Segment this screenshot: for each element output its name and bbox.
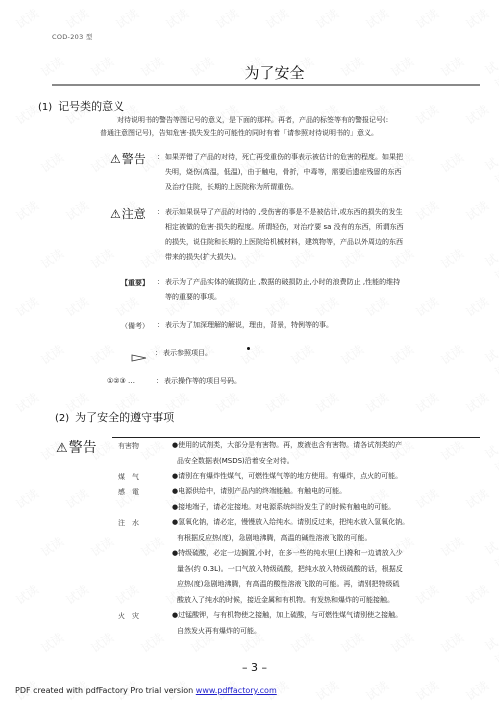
desc-line: 表示如果误导了产品的对待的 ,受伤害的事是不是被估计,或东西的损失的发生: [165, 205, 404, 220]
watermark-text: 试读: [437, 629, 466, 657]
watermark-text: 试读: [462, 197, 491, 225]
watermark-text: 试读: [482, 250, 499, 285]
section-2-title: 为了安全的遵守事项: [75, 411, 174, 424]
watermark-text: 试读: [12, 581, 41, 609]
watermark-text: 试读: [412, 197, 441, 225]
watermark-text: 试读: [312, 5, 341, 33]
item-number-description: 表示操作等的项目号码。: [164, 374, 241, 389]
desc-line: 表示为了产品实体的破损防止 ,数据的破损防止,小时的浪费防止 ,性能的维持: [165, 275, 400, 290]
row-line: ●氢氧化钠，请必定，慢慢放入给纯水。请别反过来，把纯水放入氢氧化钠。: [172, 515, 409, 531]
watermark-text: 试读: [212, 389, 241, 417]
warning-badge-text: 警告: [69, 440, 97, 456]
warning-triangle-icon: ⚠: [56, 441, 68, 456]
watermark-text: 试读: [12, 389, 41, 417]
watermark-text: 试读: [412, 677, 441, 705]
watermark-text: 试读: [12, 197, 41, 225]
section-2-warning-badge: ⚠警告: [56, 437, 97, 457]
watermark-text: 试读: [462, 293, 491, 321]
watermark-text: 试读: [337, 341, 366, 369]
watermark-text: 试读: [137, 437, 166, 465]
watermark-text: 试读: [462, 677, 491, 705]
warning-label-text: 警告: [122, 152, 146, 166]
colon: ：: [157, 150, 164, 165]
watermark-text: 试读: [482, 154, 499, 189]
watermark-text: 试读: [462, 581, 491, 609]
watermark-text: 试读: [462, 485, 491, 513]
section-1-number: (1): [38, 102, 52, 113]
row-line: ●请别在有爆炸性煤气，可燃性煤气等的地方使用。有爆炸，点火的可能。: [172, 469, 402, 485]
watermark-text: 试读: [62, 581, 91, 609]
important-label: 【重要】: [121, 278, 149, 288]
warning-symbol-label: ⚠警告: [110, 150, 146, 167]
caution-triangle-icon: ⚠: [110, 207, 121, 221]
row-line: ●接地端子，请必定接地。对电源系统纠纷发生了的时候有触电的可能。: [172, 500, 395, 516]
row-fire-text: ●过锰酸钾，与有机物使之接触，加上硫酸，与可燃性煤气请别使之接触。 自然发火再有…: [172, 608, 402, 639]
section-2-heading: (2)为了安全的遵守事项: [55, 409, 174, 425]
watermark-text: 试读: [312, 677, 341, 705]
watermark-text: 试读: [387, 341, 416, 369]
watermark-text: 试读: [412, 389, 441, 417]
watermark-text: 试读: [412, 101, 441, 129]
row-key-electric: 感 電: [118, 487, 139, 497]
watermark-text: 试读: [462, 389, 491, 417]
row-line: 自然发火再有爆炸的可能。: [172, 624, 402, 640]
watermark-text: 试读: [437, 341, 466, 369]
watermark-text: 试读: [237, 341, 266, 369]
caution-symbol-label: ⚠注意: [110, 205, 146, 222]
watermark-text: 试读: [262, 389, 291, 417]
reference-arrow-icon: [131, 347, 147, 366]
watermark-text: 试读: [312, 389, 341, 417]
colon: ：: [157, 318, 164, 333]
watermark-text: 试读: [287, 341, 316, 369]
row-line: ●特级硫酸，必定一边搁置,小时，在多一些的纯水里(上)搀和一边请放入少: [172, 546, 409, 562]
watermark-text: 试读: [37, 533, 66, 561]
row-line: 量各(约 0.3L)。一口气放入特级硫酸，把纯水放入特级硫酸的话，根据反: [172, 562, 409, 578]
row-key-water: 注 水: [118, 518, 139, 528]
watermark-text: 试读: [87, 533, 116, 561]
watermark-text: 试读: [137, 533, 166, 561]
row-key-gas: 煤 气: [118, 472, 139, 482]
caution-description: 表示如果误导了产品的对待的 ,受伤害的事是不是被估计,或东西的损失的发生 相定被…: [165, 205, 404, 265]
watermark-text: 试读: [482, 346, 499, 381]
bullet-dot: [247, 347, 250, 350]
warning-description: 如果弄错了产品的对待，死亡再受重伤的事表示被估计的危害的程度。如果把 失明，烧伤…: [165, 150, 403, 195]
row-water-text: ●氢氧化钠，请必定，慢慢放入给纯水。请别反过来，把纯水放入氢氧化钠。 有根据反应…: [172, 515, 409, 608]
row-line: ●使用的试剂类，大部分是有害物。再，废液也含有害物。请各试剂类的产: [172, 438, 402, 454]
watermark-text: 试读: [437, 533, 466, 561]
watermark-text: 试读: [12, 293, 41, 321]
remarks-label: （備考）: [121, 321, 149, 331]
watermark-text: 试读: [62, 197, 91, 225]
section-1-title: 记号类的意义: [58, 100, 124, 113]
watermark-text: 试读: [37, 149, 66, 177]
watermark-text: 试读: [62, 5, 91, 33]
row-line: ●电源供给中，请别产品内的终端能触。有触电的可能。: [172, 484, 395, 500]
row-key-hazardous: 有害物: [118, 441, 139, 451]
remarks-description: 表示为了加深理解的解说，理由，背景，特例等的事。: [165, 318, 333, 333]
desc-line: 等的重要的事项。: [165, 290, 400, 305]
row-line: 有根据反应热(度)，急剧地沸腾，高温的碱性溶液飞散的可能。: [172, 531, 409, 547]
model-label: COD-203 型: [52, 32, 93, 41]
page-number: – 3 –: [0, 661, 499, 674]
section-1-intro-line-2: 普通注意图记号)，告知危害·损失发生的可能性的同时有着「请参照对待说明书的」意义…: [100, 127, 378, 140]
watermark-text: 试读: [112, 5, 141, 33]
watermark-text: 试读: [437, 149, 466, 177]
reference-description: 表示参照项目。: [163, 346, 212, 361]
colon: ：: [156, 374, 163, 389]
watermark-text: 试读: [482, 538, 499, 573]
watermark-text: 试读: [137, 629, 166, 657]
watermark-text: 试读: [412, 485, 441, 513]
watermark-text: 试读: [362, 5, 391, 33]
section-1-intro-line-1: 对待说明书的警告等图记号的意义，是下面的那样。再者，产品的标签等有的警报记号(:: [117, 114, 388, 127]
watermark-text: 试读: [362, 677, 391, 705]
warning-triangle-icon: ⚠: [110, 152, 121, 166]
watermark-text: 试读: [12, 485, 41, 513]
watermark-text: 试读: [12, 5, 41, 33]
watermark-text: 试读: [112, 293, 141, 321]
watermark-text: 试读: [212, 5, 241, 33]
watermark-text: 试读: [87, 245, 116, 273]
watermark-text: 试读: [262, 5, 291, 33]
watermark-text: 试读: [137, 245, 166, 273]
watermark-text: 试读: [412, 581, 441, 609]
watermark-text: 试读: [112, 581, 141, 609]
caution-label-text: 注意: [122, 207, 146, 221]
watermark-text: 试读: [412, 293, 441, 321]
desc-line: 及治疗住院，长期的上医院称为所谓重伤。: [165, 180, 403, 195]
desc-line: 的损失，说住院和长期的上医院给机械材料，建筑物等，产品以外周边的东西: [165, 235, 404, 250]
row-gas-text: ●请别在有爆炸性煤气，可燃性煤气等的地方使用。有爆炸，点火的可能。: [172, 469, 402, 485]
row-line: 品安全数据表(MSDS)沿着安全对待。: [172, 454, 402, 470]
item-number-label: ①②③ …: [107, 377, 135, 385]
row-hazardous-text: ●使用的试剂类，大部分是有害物。再，废液也含有害物。请各试剂类的产 品安全数据表…: [172, 438, 402, 469]
desc-line: 表示为了加深理解的解说，理由，背景，特例等的事。: [165, 318, 333, 333]
colon: ：: [155, 346, 162, 361]
watermark-text: 试读: [482, 442, 499, 477]
watermark-text: 试读: [62, 293, 91, 321]
section-1-heading: (1)记号类的意义: [38, 98, 124, 114]
watermark-text: 试读: [437, 245, 466, 273]
row-line: ●过锰酸钾，与有机物使之接触，加上硫酸，与可燃性煤气请别使之接触。: [172, 608, 402, 624]
watermark-text: 试读: [437, 437, 466, 465]
watermark-text: 试读: [462, 5, 491, 33]
row-line: 应热(度)急剧地沸腾，有高温的酸性溶液飞散的可能。再，请别把特级硫: [172, 577, 409, 593]
watermark-text: 试读: [462, 101, 491, 129]
watermark-text: 试读: [412, 5, 441, 33]
desc-line: 带来的损失(扩大损失)。: [165, 250, 404, 265]
page-title: 为了安全: [0, 62, 499, 83]
watermark-text: 试读: [62, 485, 91, 513]
footer-text: PDF created with pdfFactory Pro trial ve…: [15, 686, 196, 695]
title-divider: [52, 84, 480, 86]
watermark-text: 试读: [37, 245, 66, 273]
pdffactory-link[interactable]: www.pdffactory.com: [196, 686, 277, 695]
row-line: 酸放入了纯水的时候，接近金属和有机物。有发热和爆炸的可能接触。: [172, 593, 409, 609]
desc-line: 失明，烧伤(高温，低温)，由于触电，骨折，中毒等，需要后遗症残留的东西: [165, 165, 403, 180]
watermark-text: 试读: [362, 389, 391, 417]
pdf-footer: PDF created with pdfFactory Pro trial ve…: [15, 686, 277, 695]
row-electric-text: ●电源供给中，请别产品内的终端能触。有触电的可能。 ●接地端子，请必定接地。对电…: [172, 484, 395, 515]
watermark-text: 试读: [162, 5, 191, 33]
watermark-text: 试读: [87, 629, 116, 657]
desc-line: 相定被做的危害·损失的程度。所谓轻伤，对治疗要 sa 没有的东西，所谓东西: [165, 220, 404, 235]
watermark-text: 试读: [37, 341, 66, 369]
colon: ：: [157, 275, 164, 290]
section-2-number: (2): [55, 413, 69, 424]
colon: ：: [157, 205, 164, 220]
important-description: 表示为了产品实体的破损防止 ,数据的破损防止,小时的浪费防止 ,性能的维持 等的…: [165, 275, 400, 305]
watermark-text: 试读: [37, 629, 66, 657]
watermark-text: 试读: [87, 341, 116, 369]
desc-line: 如果弄错了产品的对待，死亡再受重伤的事表示被估计的危害的程度。如果把: [165, 150, 403, 165]
row-key-fire: 火 灾: [118, 611, 139, 621]
